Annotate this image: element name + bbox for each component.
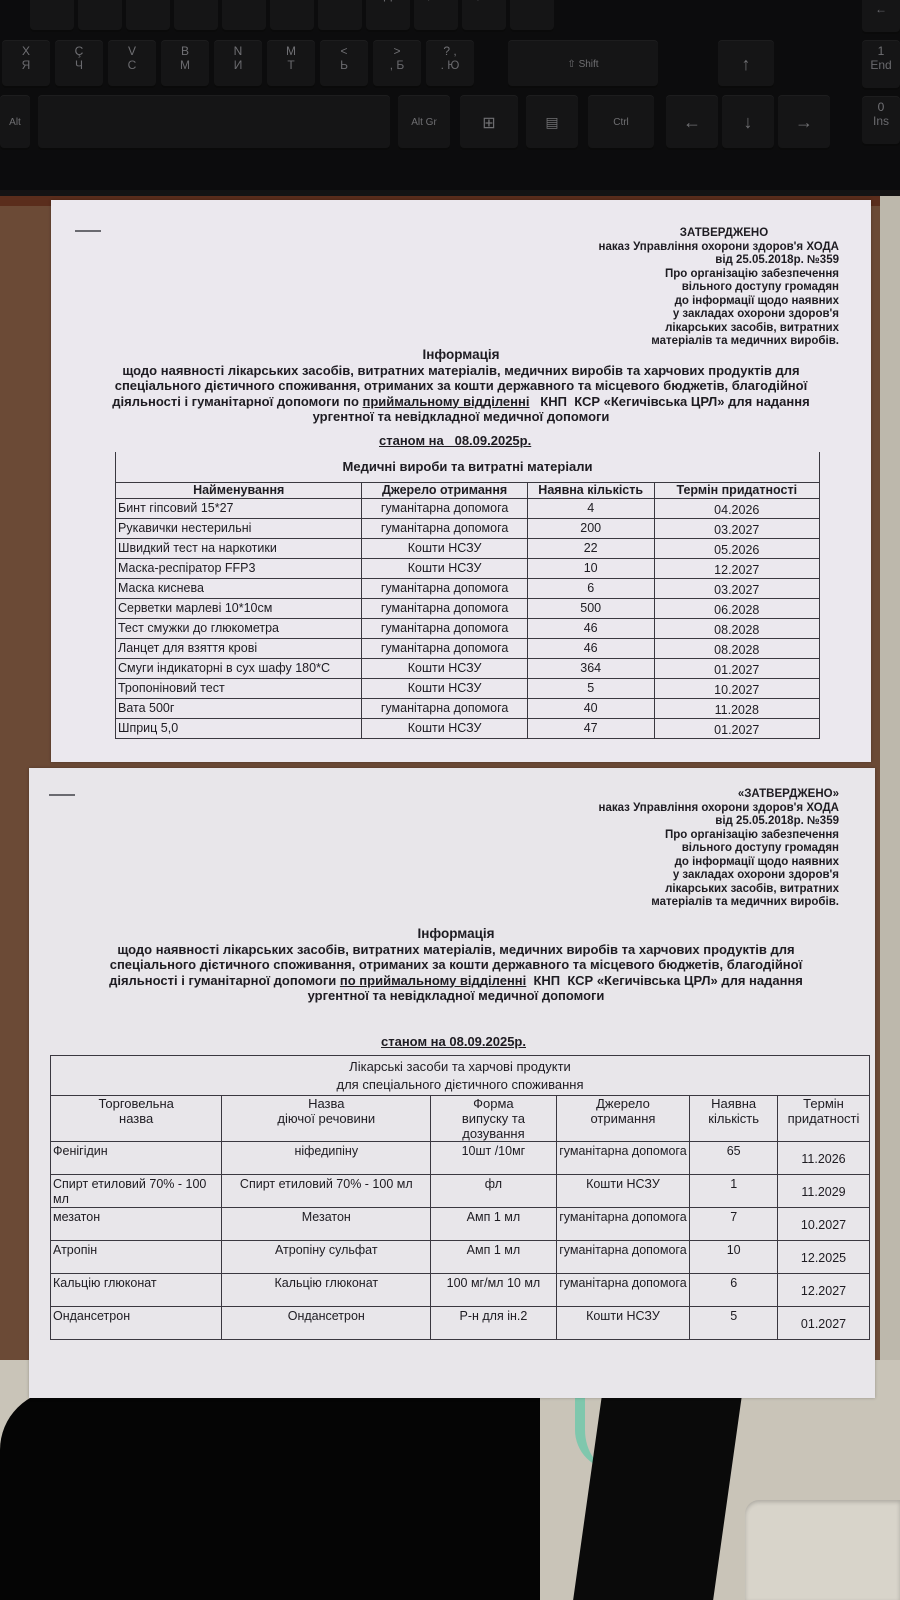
item-name: Бинт гіпсовий 15*27 (116, 498, 362, 518)
expiry: 01.2027 (654, 718, 819, 738)
key-label: И (214, 58, 262, 72)
key-label: П (174, 0, 218, 2)
approval-line: від 25.05.2018р. №359 (539, 254, 839, 268)
column-header: Джерелоотримання (556, 1096, 690, 1142)
quantity: 10 (527, 558, 654, 578)
keyboard-key: Р (222, 0, 266, 32)
keyboard-key: О (270, 0, 314, 32)
table-row: Вата 500ггуманітарна допомога4011.2028 (116, 698, 820, 718)
key-label: V (108, 44, 156, 58)
keyboard-key: \ \ (510, 0, 554, 32)
arrow-up-key: ↑ (718, 40, 774, 88)
key-label: Ь (320, 58, 368, 72)
item-name: Тропоніновий тест (116, 678, 362, 698)
menu-key: ▤ (526, 95, 578, 150)
key-label: Ч (55, 58, 103, 72)
item-name: Вата 500г (116, 698, 362, 718)
expiry: 08.2028 (654, 638, 819, 658)
quantity: 1 (690, 1175, 778, 1208)
trade-name: Фенігідин (51, 1142, 222, 1175)
dosage-form: 10шт /10мг (431, 1142, 556, 1175)
header-line: випуску та (431, 1111, 555, 1126)
source: гуманітарна допомога (556, 1208, 690, 1241)
active-substance: ніфедипіну (222, 1142, 431, 1175)
keyboard-key: А (126, 0, 170, 32)
arrow-right-icon: → (795, 112, 813, 133)
approval-line: матеріалів та медичних виробів. (539, 896, 839, 910)
source: гуманітарна допомога (362, 638, 527, 658)
dosage-form: 100 мг/мл 10 мл (431, 1274, 556, 1307)
column-header: Термін придатності (654, 482, 819, 498)
table-row: Фенігідинніфедипіну10шт /10мггуманітарна… (51, 1142, 870, 1175)
source: Кошти НСЗУ (362, 678, 527, 698)
source: Кошти НСЗУ (362, 658, 527, 678)
approval-line: лікарських засобів, витратних (539, 883, 839, 897)
info-line: щодо наявності лікарських засобів, витра… (71, 942, 841, 958)
approval-line: від 25.05.2018р. №359 (539, 815, 839, 829)
header-line: Назва (222, 1096, 430, 1111)
header-line: Термін (778, 1096, 869, 1111)
dosage-form: Амп 1 мл (431, 1241, 556, 1274)
windows-icon: ⊞ (482, 113, 495, 133)
expiry: 11.2026 (778, 1142, 870, 1175)
key-label: , Б (373, 58, 421, 72)
keyboard-key: ? ,. Ю (426, 40, 474, 88)
altgr-key: Alt Gr (398, 95, 450, 150)
table-row: Кальцію глюконатКальцію глюконат100 мг/м… (51, 1274, 870, 1307)
key-label: Д (366, 0, 410, 2)
source: гуманітарна допомога (556, 1142, 690, 1175)
info-text: КНП КСР «Кегичівська ЦРЛ» для надання (529, 394, 809, 409)
key-label: > (373, 44, 421, 58)
source: Кошти НСЗУ (362, 558, 527, 578)
item-name: Смуги індикаторні в сух шафу 180*С (116, 658, 362, 678)
source: гуманітарна допомога (556, 1274, 690, 1307)
item-name: Рукавички нестерильні (116, 518, 362, 538)
approval-block: «ЗАТВЕРДЖЕНО» наказ Управління охорони з… (539, 788, 839, 910)
expiry: 12.2025 (778, 1241, 870, 1274)
column-header: Наявна кількість (527, 482, 654, 498)
key-label: Я (2, 58, 50, 72)
keyboard-key: ; Ж (414, 0, 458, 32)
expiry: 03.2027 (654, 578, 819, 598)
table-row: Тест смужки до глюкометрагуманітарна доп… (116, 618, 820, 638)
info-heading: Інформація (71, 926, 841, 942)
source: гуманітарна допомога (362, 498, 527, 518)
keyboard-key: BМ (161, 40, 209, 88)
table-row: ОндансетронОндансетронР-н для ін.2Кошти … (51, 1307, 870, 1340)
quantity: 46 (527, 618, 654, 638)
numpad-key: 0Ins (862, 96, 900, 146)
spacebar-key (38, 95, 390, 150)
keyboard-key: Л (318, 0, 362, 32)
approval-line: вільного доступу громадян (539, 842, 839, 856)
arrow-left-icon: ← (683, 112, 701, 133)
info-text: діяльності і гуманітарної допомоги по (112, 394, 362, 409)
department-name: приймальному відділенні (363, 394, 530, 409)
trade-name: мезатон (51, 1208, 222, 1241)
keyboard-key: , Э (462, 0, 506, 32)
source: гуманітарна допомога (362, 518, 527, 538)
key-label: М (161, 58, 209, 72)
info-block: Інформація щодо наявності лікарських зас… (81, 347, 841, 425)
item-name: Ланцет для взяття крові (116, 638, 362, 658)
table-row: Маска кисневагуманітарна допомога603.202… (116, 578, 820, 598)
table-title-line: Лікарські засоби та харчові продукти (51, 1058, 869, 1076)
key-label: ? , (426, 44, 474, 58)
quantity: 46 (527, 638, 654, 658)
source: гуманітарна допомога (362, 578, 527, 598)
header-line: дозування (431, 1126, 555, 1141)
expiry: 10.2027 (778, 1208, 870, 1241)
table-row: Рукавички нестерильнігуманітарна допомог… (116, 518, 820, 538)
arrow-right-key: → (778, 95, 830, 150)
info-text: КНП КСР «Кегичівська ЦРЛ» для надання (526, 973, 803, 988)
info-line: діяльності і гуманітарної допомоги по пр… (71, 973, 841, 989)
quantity: 7 (690, 1208, 778, 1241)
column-header: Торговельнаназва (51, 1096, 222, 1142)
windows-key: ⊞ (460, 95, 518, 150)
info-line: спеціального дієтичного споживання, отри… (71, 957, 841, 973)
table-row: Швидкий тест на наркотикиКошти НСЗУ2205.… (116, 538, 820, 558)
info-text: діяльності і гуманітарної допомоги (109, 973, 340, 988)
dosage-form: фл (431, 1175, 556, 1208)
key-label: End (862, 58, 900, 72)
key-label: Т (267, 58, 315, 72)
page-mark (49, 794, 75, 796)
quantity: 65 (690, 1142, 778, 1175)
ctrl-key: Ctrl (588, 95, 654, 150)
keyboard-key: NИ (214, 40, 262, 88)
key-label: B (161, 44, 209, 58)
key-label: Ы (30, 0, 74, 2)
quantity: 6 (527, 578, 654, 598)
arrow-down-key: ↓ (722, 95, 774, 150)
header-line: кількість (690, 1111, 777, 1126)
key-label: 1 (862, 44, 900, 58)
table-row: АтропінАтропіну сульфатАмп 1 млгуманітар… (51, 1241, 870, 1274)
approval-line: у закладах охорони здоров'я (539, 308, 839, 322)
table-row: Маска-респіратор FFP3Кошти НСЗУ1012.2027 (116, 558, 820, 578)
table-title-line: для спеціального дієтичного споживання (51, 1076, 869, 1094)
dosage-form: Амп 1 мл (431, 1208, 556, 1241)
expiry: 10.2027 (654, 678, 819, 698)
column-header: Назвадіючої речовини (222, 1096, 431, 1142)
trade-name: Ондансетрон (51, 1307, 222, 1340)
key-label: \ \ (510, 0, 554, 2)
expiry: 11.2029 (778, 1175, 870, 1208)
keyboard-key: В (78, 0, 122, 32)
key-label: 0 (862, 100, 900, 114)
trade-name: Спирт етиловий 70% - 100 мл (51, 1175, 222, 1208)
table-row: Серветки марлеві 10*10смгуманітарна допо… (116, 598, 820, 618)
approval-line: Про організацію забезпечення (539, 829, 839, 843)
key-label: M (267, 44, 315, 58)
quantity: 47 (527, 718, 654, 738)
alt-key: Alt (0, 95, 30, 150)
source: Кошти НСЗУ (556, 1175, 690, 1208)
source: Кошти НСЗУ (556, 1307, 690, 1340)
approval-block: ЗАТВЕРДЖЕНО наказ Управління охорони здо… (539, 227, 839, 349)
trade-name: Кальцію глюконат (51, 1274, 222, 1307)
keyboard-key: <Ь (320, 40, 368, 88)
numpad-key: 1End (862, 40, 900, 90)
approval-title: ЗАТВЕРДЖЕНО (539, 227, 839, 241)
quantity: 200 (527, 518, 654, 538)
background-wall (880, 196, 900, 1396)
active-substance: Спирт етиловий 70% - 100 мл (222, 1175, 431, 1208)
active-substance: Кальцію глюконат (222, 1274, 431, 1307)
quantity: 500 (527, 598, 654, 618)
column-header: Термінпридатності (778, 1096, 870, 1142)
item-name: Шприц 5,0 (116, 718, 362, 738)
quantity: 4 (527, 498, 654, 518)
item-name: Серветки марлеві 10*10см (116, 598, 362, 618)
key-label: Ç (55, 44, 103, 58)
quantity: 364 (527, 658, 654, 678)
key-label: , Э (462, 0, 506, 2)
source: Кошти НСЗУ (362, 538, 527, 558)
menu-icon: ▤ (545, 114, 558, 131)
approval-line: наказ Управління охорони здоров'я ХОДА (539, 802, 839, 816)
table-row: Шприц 5,0Кошти НСЗУ4701.2027 (116, 718, 820, 738)
header-line: придатності (778, 1111, 869, 1126)
key-label: С (108, 58, 156, 72)
key-label: Р (222, 0, 266, 2)
page-mark (75, 230, 101, 232)
table-title: Медичні вироби та витратні матеріали (116, 452, 820, 482)
date-line: станом на 08.09.2025р. (379, 433, 531, 448)
source: гуманітарна допомога (362, 698, 527, 718)
expiry: 08.2028 (654, 618, 819, 638)
expiry: 03.2027 (654, 518, 819, 538)
info-block: Інформація щодо наявності лікарських зас… (71, 926, 841, 1004)
quantity: 5 (690, 1307, 778, 1340)
medicines-table: Лікарські засоби та харчові продукти для… (50, 1055, 870, 1340)
header-line: отримання (557, 1111, 690, 1126)
approval-line: Про організацію забезпечення (539, 268, 839, 282)
item-name: Швидкий тест на наркотики (116, 538, 362, 558)
keyboard-key: Д (366, 0, 410, 32)
key-label: . Ю (426, 58, 474, 72)
table-row: Ланцет для взяття кровігуманітарна допом… (116, 638, 820, 658)
header-line: Торговельна (51, 1096, 221, 1111)
shift-key: ⇧ Shift (508, 40, 658, 88)
keyboard-key: ÇЧ (55, 40, 103, 88)
keyboard-key: Ы (30, 0, 74, 32)
key-label: Ins (862, 114, 900, 128)
info-line: ургентної та невідкладної медичної допом… (71, 988, 841, 1004)
arrow-down-icon: ↓ (744, 112, 753, 133)
header-line: діючої речовини (222, 1111, 430, 1126)
table-row: Тропоніновий тестКошти НСЗУ510.2027 (116, 678, 820, 698)
approval-line: до інформації щодо наявних (539, 295, 839, 309)
arrow-up-icon: ↑ (742, 54, 751, 75)
quantity: 5 (527, 678, 654, 698)
dark-cloth (0, 1390, 540, 1600)
info-line: спеціального дієтичного споживання, отри… (81, 378, 841, 394)
medical-devices-table: Медичні вироби та витратні матеріали Най… (115, 452, 820, 739)
date-line: станом на 08.09.2025р. (381, 1034, 526, 1049)
expiry: 01.2027 (778, 1307, 870, 1340)
key-label: X (2, 44, 50, 58)
expiry: 12.2027 (654, 558, 819, 578)
item-name: Маска-респіратор FFP3 (116, 558, 362, 578)
approval-line: наказ Управління охорони здоров'я ХОДА (539, 241, 839, 255)
keyboard-key: MТ (267, 40, 315, 88)
key-label: N (214, 44, 262, 58)
quantity: 10 (690, 1241, 778, 1274)
source: гуманітарна допомога (556, 1241, 690, 1274)
keyboard-key: >, Б (373, 40, 421, 88)
keyboard-key: П (174, 0, 218, 32)
key-label: ; Ж (414, 0, 458, 2)
table-row: Спирт етиловий 70% - 100 млСпирт етилови… (51, 1175, 870, 1208)
expiry: 12.2027 (778, 1274, 870, 1307)
header-line: Наявна (690, 1096, 777, 1111)
key-label: Л (318, 0, 362, 2)
table-row: Бинт гіпсовий 15*27гуманітарна допомога4… (116, 498, 820, 518)
source: Кошти НСЗУ (362, 718, 527, 738)
column-header: Найменування (116, 482, 362, 498)
department-name: по приймальному відділенні (340, 973, 526, 988)
numpad-key: 4← (862, 0, 900, 34)
arrow-left-key: ← (666, 95, 718, 150)
table-row: Смуги індикаторні в сух шафу 180*СКошти … (116, 658, 820, 678)
quantity: 6 (690, 1274, 778, 1307)
key-label: В (78, 0, 122, 2)
approval-line: лікарських засобів, витратних (539, 322, 839, 336)
approval-title: «ЗАТВЕРДЖЕНО» (539, 788, 839, 802)
item-name: Тест смужки до глюкометра (116, 618, 362, 638)
column-header: Формавипуску тадозування (431, 1096, 556, 1142)
expiry: 04.2026 (654, 498, 819, 518)
quantity: 40 (527, 698, 654, 718)
approval-line: у закладах охорони здоров'я (539, 869, 839, 883)
quantity: 22 (527, 538, 654, 558)
active-substance: Ондансетрон (222, 1307, 431, 1340)
column-header: Джерело отримання (362, 482, 527, 498)
info-heading: Інформація (81, 347, 841, 363)
info-line: ургентної та невідкладної медичної допом… (81, 409, 841, 425)
column-header: Наявнакількість (690, 1096, 778, 1142)
trade-name: Атропін (51, 1241, 222, 1274)
approval-line: вільного доступу громадян (539, 281, 839, 295)
key-label: О (270, 0, 314, 2)
active-substance: Атропіну сульфат (222, 1241, 431, 1274)
table-row: мезатонМезатонАмп 1 млгуманітарна допомо… (51, 1208, 870, 1241)
key-label: А (126, 0, 170, 2)
header-line: Джерело (557, 1096, 690, 1111)
expiry: 05.2026 (654, 538, 819, 558)
keyboard: ЫВАПРОЛД; Ж, Э\ \ XЯÇЧVСBМNИMТ<Ь>, Б? ,.… (0, 0, 900, 196)
keyboard-key: VС (108, 40, 156, 88)
header-line: назва (51, 1111, 221, 1126)
source: гуманітарна допомога (362, 598, 527, 618)
expiry: 11.2028 (654, 698, 819, 718)
info-line: щодо наявності лікарських засобів, витра… (81, 363, 841, 379)
info-line: діяльності і гуманітарної допомоги по пр… (81, 394, 841, 410)
key-label: < (320, 44, 368, 58)
table-title: Лікарські засоби та харчові продукти для… (51, 1056, 870, 1096)
active-substance: Мезатон (222, 1208, 431, 1241)
source: гуманітарна допомога (362, 618, 527, 638)
approval-line: до інформації щодо наявних (539, 856, 839, 870)
expiry: 01.2027 (654, 658, 819, 678)
expiry: 06.2028 (654, 598, 819, 618)
floor-tile (745, 1500, 900, 1600)
keyboard-key: XЯ (2, 40, 50, 88)
key-label: ← (862, 2, 900, 16)
item-name: Маска киснева (116, 578, 362, 598)
header-line: Форма (431, 1096, 555, 1111)
dosage-form: Р-н для ін.2 (431, 1307, 556, 1340)
